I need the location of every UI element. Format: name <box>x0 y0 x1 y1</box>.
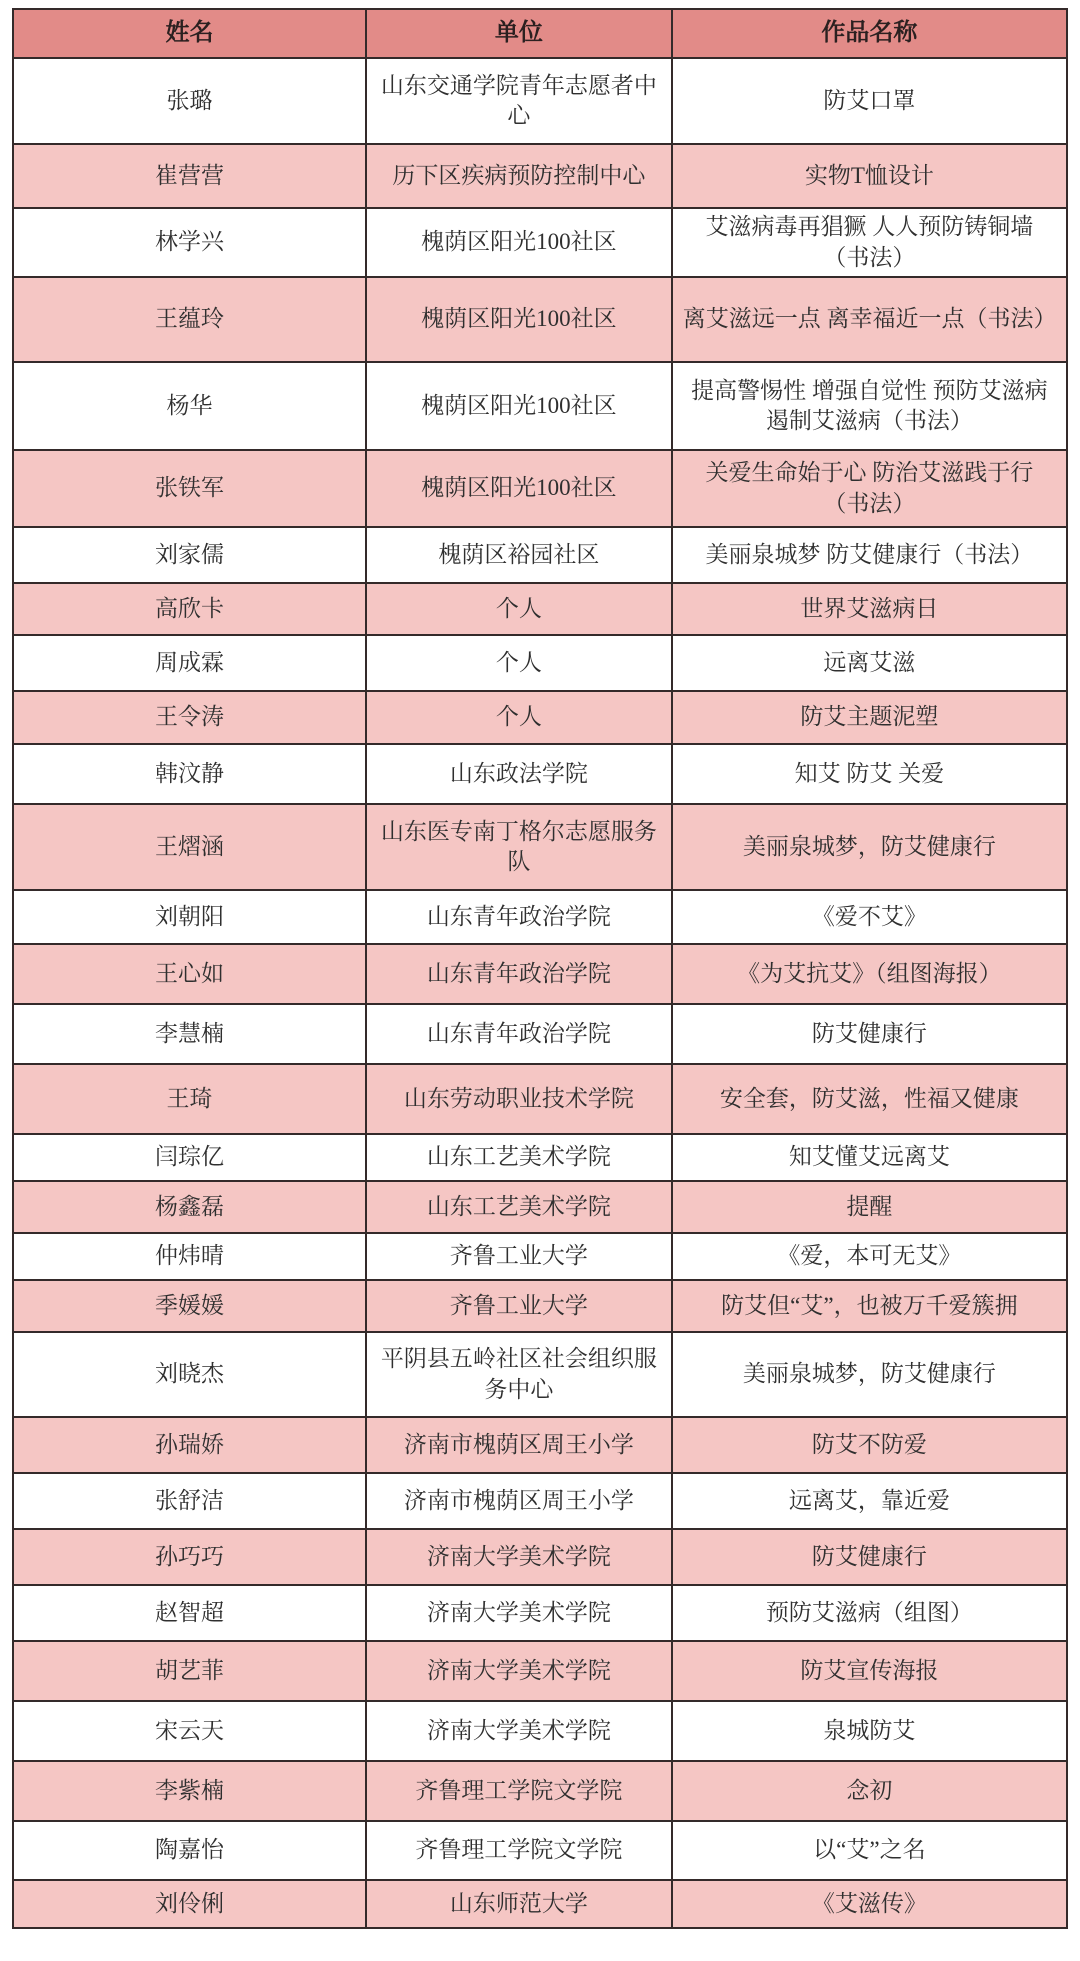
name-cell: 李紫楠 <box>13 1761 366 1821</box>
unit-cell: 山东青年政治学院 <box>366 944 672 1004</box>
table-row: 刘伶俐 山东师范大学 《艾滋传》 <box>13 1880 1067 1928</box>
table-row: 刘朝阳 山东青年政治学院 《爱不艾》 <box>13 890 1067 944</box>
table-row: 王熠涵 山东医专南丁格尔志愿服务队 美丽泉城梦，防艾健康行 <box>13 804 1067 890</box>
table-row: 孙巧巧 济南大学美术学院 防艾健康行 <box>13 1529 1067 1585</box>
table-row: 胡艺菲 济南大学美术学院 防艾宣传海报 <box>13 1641 1067 1701</box>
table-row: 崔营营 历下区疾病预防控制中心 实物T恤设计 <box>13 144 1067 208</box>
table-row: 周成霖 个人 远离艾滋 <box>13 635 1067 691</box>
unit-cell: 历下区疾病预防控制中心 <box>366 144 672 208</box>
unit-cell: 个人 <box>366 691 672 744</box>
unit-cell: 平阴县五岭社区社会组织服务中心 <box>366 1332 672 1417</box>
work-cell: 防艾口罩 <box>672 58 1067 144</box>
unit-cell: 山东医专南丁格尔志愿服务队 <box>366 804 672 890</box>
unit-cell: 济南大学美术学院 <box>366 1641 672 1701</box>
name-cell: 崔营营 <box>13 144 366 208</box>
name-cell: 张舒洁 <box>13 1473 366 1529</box>
unit-cell: 山东青年政治学院 <box>366 1004 672 1064</box>
name-cell: 韩汶静 <box>13 744 366 804</box>
header-row: 姓名 单位 作品名称 <box>13 9 1067 58</box>
name-cell: 宋云天 <box>13 1701 366 1761</box>
table-row: 刘家儒 槐荫区裕园社区 美丽泉城梦 防艾健康行（书法） <box>13 527 1067 583</box>
work-cell: 《为艾抗艾》（组图海报） <box>672 944 1067 1004</box>
table-row: 王琦 山东劳动职业技术学院 安全套，防艾滋，性福又健康 <box>13 1064 1067 1134</box>
work-cell: 提醒 <box>672 1181 1067 1233</box>
unit-cell: 济南大学美术学院 <box>366 1701 672 1761</box>
name-cell: 孙瑞娇 <box>13 1417 366 1473</box>
table-row: 韩汶静 山东政法学院 知艾 防艾 关爱 <box>13 744 1067 804</box>
unit-cell: 济南大学美术学院 <box>366 1529 672 1585</box>
table-row: 闫琮亿 山东工艺美术学院 知艾懂艾远离艾 <box>13 1134 1067 1181</box>
name-cell: 孙巧巧 <box>13 1529 366 1585</box>
work-cell: 防艾主题泥塑 <box>672 691 1067 744</box>
unit-cell: 济南市槐荫区周王小学 <box>366 1473 672 1529</box>
unit-cell: 槐荫区阳光100社区 <box>366 277 672 362</box>
unit-cell: 齐鲁理工学院文学院 <box>366 1821 672 1880</box>
unit-cell: 山东政法学院 <box>366 744 672 804</box>
work-cell: 防艾健康行 <box>672 1004 1067 1064</box>
work-cell: 远离艾滋 <box>672 635 1067 691</box>
unit-cell: 齐鲁工业大学 <box>366 1233 672 1280</box>
name-cell: 王心如 <box>13 944 366 1004</box>
table-row: 张璐 山东交通学院青年志愿者中心 防艾口罩 <box>13 58 1067 144</box>
work-cell: 美丽泉城梦 防艾健康行（书法） <box>672 527 1067 583</box>
table-row: 张舒洁 济南市槐荫区周王小学 远离艾，靠近爱 <box>13 1473 1067 1529</box>
table-row: 陶嘉怡 齐鲁理工学院文学院 以“艾”之名 <box>13 1821 1067 1880</box>
table-row: 李慧楠 山东青年政治学院 防艾健康行 <box>13 1004 1067 1064</box>
name-cell: 赵智超 <box>13 1585 366 1641</box>
work-cell: 离艾滋远一点 离幸福近一点（书法） <box>672 277 1067 362</box>
column-header-name: 姓名 <box>13 9 366 58</box>
table-row: 仲炜晴 齐鲁工业大学 《爱，本可无艾》 <box>13 1233 1067 1280</box>
unit-cell: 齐鲁理工学院文学院 <box>366 1761 672 1821</box>
unit-cell: 济南市槐荫区周王小学 <box>366 1417 672 1473</box>
name-cell: 闫琮亿 <box>13 1134 366 1181</box>
work-cell: 以“艾”之名 <box>672 1821 1067 1880</box>
name-cell: 陶嘉怡 <box>13 1821 366 1880</box>
unit-cell: 济南大学美术学院 <box>366 1585 672 1641</box>
unit-cell: 个人 <box>366 635 672 691</box>
work-cell: 《艾滋传》 <box>672 1880 1067 1928</box>
table-row: 高欣卡 个人 世界艾滋病日 <box>13 583 1067 635</box>
work-cell: 提高警惕性 增强自觉性 预防艾滋病 遏制艾滋病（书法） <box>672 362 1067 450</box>
name-cell: 高欣卡 <box>13 583 366 635</box>
work-cell: 知艾 防艾 关爱 <box>672 744 1067 804</box>
name-cell: 周成霖 <box>13 635 366 691</box>
table-row: 王心如 山东青年政治学院 《为艾抗艾》（组图海报） <box>13 944 1067 1004</box>
unit-cell: 齐鲁工业大学 <box>366 1280 672 1332</box>
work-cell: 知艾懂艾远离艾 <box>672 1134 1067 1181</box>
unit-cell: 槐荫区阳光100社区 <box>366 362 672 450</box>
work-cell: 《爱不艾》 <box>672 890 1067 944</box>
page: 姓名 单位 作品名称 张璐 山东交通学院青年志愿者中心 防艾口罩 崔营营 历下区… <box>0 0 1080 1961</box>
unit-cell: 个人 <box>366 583 672 635</box>
name-cell: 季媛媛 <box>13 1280 366 1332</box>
unit-cell: 山东师范大学 <box>366 1880 672 1928</box>
table-row: 王蕴玲 槐荫区阳光100社区 离艾滋远一点 离幸福近一点（书法） <box>13 277 1067 362</box>
name-cell: 张铁军 <box>13 450 366 527</box>
table-row: 季媛媛 齐鲁工业大学 防艾但“艾”，也被万千爱簇拥 <box>13 1280 1067 1332</box>
work-cell: 泉城防艾 <box>672 1701 1067 1761</box>
name-cell: 刘家儒 <box>13 527 366 583</box>
table-row: 李紫楠 齐鲁理工学院文学院 念初 <box>13 1761 1067 1821</box>
name-cell: 刘晓杰 <box>13 1332 366 1417</box>
unit-cell: 山东青年政治学院 <box>366 890 672 944</box>
name-cell: 林学兴 <box>13 208 366 277</box>
name-cell: 胡艺菲 <box>13 1641 366 1701</box>
work-cell: 预防艾滋病（组图） <box>672 1585 1067 1641</box>
work-cell: 防艾宣传海报 <box>672 1641 1067 1701</box>
name-cell: 刘伶俐 <box>13 1880 366 1928</box>
table-row: 刘晓杰 平阴县五岭社区社会组织服务中心 美丽泉城梦，防艾健康行 <box>13 1332 1067 1417</box>
work-cell: 《爱，本可无艾》 <box>672 1233 1067 1280</box>
unit-cell: 山东工艺美术学院 <box>366 1181 672 1233</box>
table-row: 杨华 槐荫区阳光100社区 提高警惕性 增强自觉性 预防艾滋病 遏制艾滋病（书法… <box>13 362 1067 450</box>
name-cell: 王琦 <box>13 1064 366 1134</box>
unit-cell: 山东劳动职业技术学院 <box>366 1064 672 1134</box>
name-cell: 张璐 <box>13 58 366 144</box>
table-row: 王令涛 个人 防艾主题泥塑 <box>13 691 1067 744</box>
name-cell: 王令涛 <box>13 691 366 744</box>
work-cell: 防艾健康行 <box>672 1529 1067 1585</box>
work-cell: 念初 <box>672 1761 1067 1821</box>
unit-cell: 山东工艺美术学院 <box>366 1134 672 1181</box>
unit-cell: 槐荫区阳光100社区 <box>366 450 672 527</box>
unit-cell: 槐荫区阳光100社区 <box>366 208 672 277</box>
table-row: 宋云天 济南大学美术学院 泉城防艾 <box>13 1701 1067 1761</box>
award-table: 姓名 单位 作品名称 张璐 山东交通学院青年志愿者中心 防艾口罩 崔营营 历下区… <box>12 8 1068 1929</box>
work-cell: 美丽泉城梦，防艾健康行 <box>672 804 1067 890</box>
table-row: 孙瑞娇 济南市槐荫区周王小学 防艾不防爱 <box>13 1417 1067 1473</box>
work-cell: 远离艾，靠近爱 <box>672 1473 1067 1529</box>
work-cell: 关爱生命始于心 防治艾滋践于行（书法） <box>672 450 1067 527</box>
column-header-unit: 单位 <box>366 9 672 58</box>
name-cell: 王熠涵 <box>13 804 366 890</box>
table-row: 赵智超 济南大学美术学院 预防艾滋病（组图） <box>13 1585 1067 1641</box>
name-cell: 仲炜晴 <box>13 1233 366 1280</box>
work-cell: 防艾不防爱 <box>672 1417 1067 1473</box>
name-cell: 李慧楠 <box>13 1004 366 1064</box>
work-cell: 安全套，防艾滋，性福又健康 <box>672 1064 1067 1134</box>
name-cell: 刘朝阳 <box>13 890 366 944</box>
work-cell: 防艾但“艾”，也被万千爱簇拥 <box>672 1280 1067 1332</box>
work-cell: 美丽泉城梦，防艾健康行 <box>672 1332 1067 1417</box>
name-cell: 杨鑫磊 <box>13 1181 366 1233</box>
unit-cell: 槐荫区裕园社区 <box>366 527 672 583</box>
table-row: 张铁军 槐荫区阳光100社区 关爱生命始于心 防治艾滋践于行（书法） <box>13 450 1067 527</box>
name-cell: 杨华 <box>13 362 366 450</box>
work-cell: 世界艾滋病日 <box>672 583 1067 635</box>
unit-cell: 山东交通学院青年志愿者中心 <box>366 58 672 144</box>
work-cell: 实物T恤设计 <box>672 144 1067 208</box>
work-cell: 艾滋病毒再猖獗 人人预防铸铜墙（书法） <box>672 208 1067 277</box>
table-row: 林学兴 槐荫区阳光100社区 艾滋病毒再猖獗 人人预防铸铜墙（书法） <box>13 208 1067 277</box>
column-header-work: 作品名称 <box>672 9 1067 58</box>
name-cell: 王蕴玲 <box>13 277 366 362</box>
table-row: 杨鑫磊 山东工艺美术学院 提醒 <box>13 1181 1067 1233</box>
